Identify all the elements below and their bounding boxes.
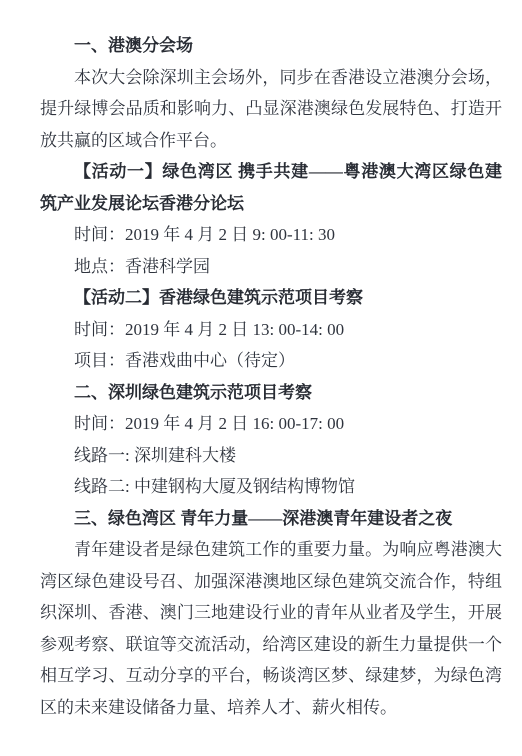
activity-heading: 【活动二】香港绿色建筑示范项目考察 <box>40 282 502 314</box>
detail: 线路一: 深圳建科大楼 <box>40 440 502 472</box>
detail: 时间：2019 年 4 月 2 日 9: 00-11: 30 <box>40 219 502 251</box>
detail: 地点：香港科学园 <box>40 251 502 283</box>
detail: 线路二: 中建钢构大厦及钢结构博物馆 <box>40 471 502 503</box>
paragraph: 青年建设者是绿色建筑工作的重要力量。为响应粤港澳大湾区绿色建设号召、加强深港澳地… <box>40 534 502 723</box>
detail: 时间：2019 年 4 月 2 日 16: 00-17: 00 <box>40 408 502 440</box>
paragraph: 本次大会除深圳主会场外，同步在香港设立港澳分会场，提升绿博会品质和影响力、凸显深… <box>40 62 502 157</box>
activity-heading: 【活动一】绿色湾区 携手共建——粤港澳大湾区绿色建筑产业发展论坛香港分论坛 <box>40 156 502 219</box>
section-heading: 二、深圳绿色建筑示范项目考察 <box>40 377 502 409</box>
section-heading: 三、绿色湾区 青年力量——深港澳青年建设者之夜 <box>40 503 502 535</box>
detail: 时间：2019 年 4 月 2 日 13: 00-14: 00 <box>40 314 502 346</box>
document-body: 一、港澳分会场本次大会除深圳主会场外，同步在香港设立港澳分会场，提升绿博会品质和… <box>40 30 502 723</box>
section-heading: 一、港澳分会场 <box>40 30 502 62</box>
detail: 项目：香港戏曲中心（待定） <box>40 345 502 377</box>
document-page: 一、港澳分会场本次大会除深圳主会场外，同步在香港设立港澳分会场，提升绿博会品质和… <box>0 0 522 756</box>
